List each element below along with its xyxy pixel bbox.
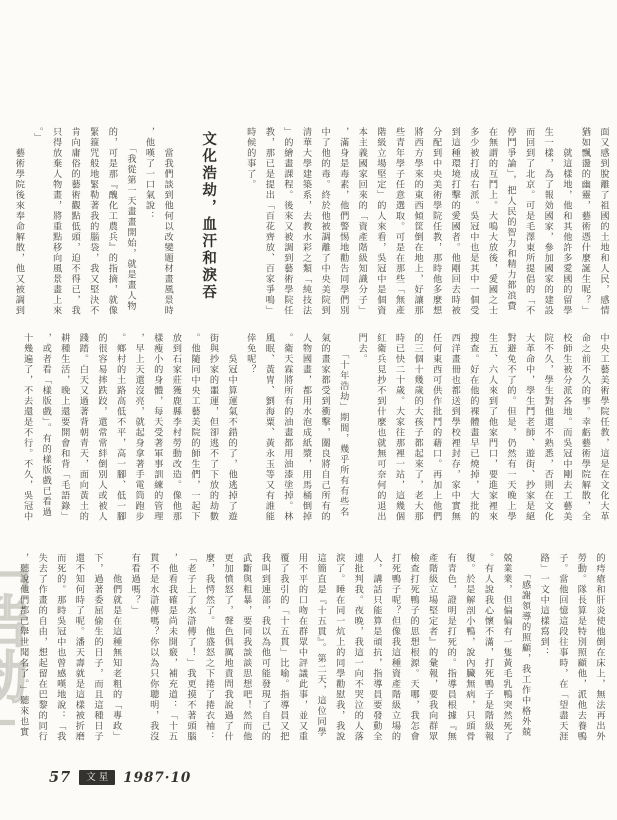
text-column: 。鄉村的土路高低不平，高一腳、低一腳 bbox=[110, 333, 129, 529]
text-column: 「老子上了水滸傳了！」我更摸不著頭腦 bbox=[180, 553, 199, 749]
text-column: 的，可是那『醜化工農兵』的指摘，就像 bbox=[102, 127, 121, 323]
text-column: 只得放棄人物畫，將重點移向風景畫上來 bbox=[46, 127, 65, 323]
text-column: 人物國畫，都用水泡成紙漿，用馬桶倒掉 bbox=[296, 333, 315, 529]
text-column: 將西方學來的東西傾筐倒在地上，好讓那 bbox=[407, 127, 426, 323]
text-column: 在無謂的互鬥上。大鳴大放後，愛國之士 bbox=[482, 127, 501, 323]
text-column: 清華大學建築系，去教水彩之類「純技法 bbox=[296, 127, 315, 323]
text-column: 生一樣，為了報効國家，參加國家的建設 bbox=[538, 127, 557, 323]
page-number: 57 bbox=[49, 769, 71, 786]
text-column: 時候的事了。 bbox=[240, 127, 259, 323]
text-column: 淚了。睡在同一炕上的同學勸慰我，我說 bbox=[329, 553, 348, 749]
text-column: 。衛天霖將所有的油畫都用油漆塗掉。林 bbox=[277, 333, 296, 529]
text-band-3: 的痔瘡和肝炎使他倒在床上，無法再出外勞動。隊長算是特別照顧他，派他去養鴨子。當他… bbox=[13, 553, 608, 751]
text-column: 這簡直是『十五貫』。第二天，這位同學 bbox=[311, 553, 330, 749]
text-column: 到這種環境打擊的愛國者。他剛回去時被 bbox=[445, 127, 464, 323]
magazine-logo: 文星 bbox=[79, 770, 115, 786]
text-column: 有青色，證明是打死的。指導員根據『無 bbox=[441, 553, 460, 749]
text-column: 氣的畫家都受到衝擊，關良將自己所有的 bbox=[315, 333, 334, 529]
text-column: 子。當他回憶這段往事時，在「望盡天涯 bbox=[552, 553, 571, 749]
text-column: 還不知何時了呢。潘天壽就是這樣被折磨 bbox=[69, 553, 88, 749]
text-column: 打死鴨子呢？但像我這種資產階級立場的 bbox=[385, 553, 404, 749]
text-column: 而回到了北京。可是毛澤東所提倡的「不 bbox=[519, 127, 538, 323]
section-heading: 文化浩劫，血汗和淚吞 bbox=[176, 127, 240, 323]
text-column: 中央工藝美術學院任教，這是在文化大革 bbox=[593, 333, 612, 529]
text-column: 勞動。隊長算是特別照顧他，派他去養鴨 bbox=[571, 553, 590, 749]
text-band-1: 面又感到脫離了祖國的土地和人民，感情猶如飄盪的幽靈，藝術憑什麼誕生呢？」 就這樣… bbox=[9, 127, 612, 325]
text-column: ，他嘆了一口氣說： bbox=[139, 127, 158, 323]
text-column: 復。於是解剖小鴨，說內臟無病，只頭骨 bbox=[459, 553, 478, 749]
text-column: 用不平的口吻在群眾中評議此事，並又重 bbox=[292, 553, 311, 749]
text-column: 肯向庸俗的藝術觀點低頭，迫不得已，我 bbox=[65, 127, 84, 323]
text-column: 麼，我愕然了。他盛怒之下捲了捲衣袖： bbox=[199, 553, 218, 749]
text-column: 些青年學子任意選取。可是在那些「無產 bbox=[389, 127, 408, 323]
text-column: 」的繪畫課程。後來又被調到藝術學院任 bbox=[277, 127, 296, 323]
text-column: 多少被打成右派。吳冠中也是其中一個受 bbox=[463, 127, 482, 323]
text-column: 生五、六人來到了他家門口，要進家裡來 bbox=[482, 333, 501, 529]
text-column: 西洋畫冊也都送到學校裡封存，家中實無 bbox=[445, 333, 464, 529]
text-column: 檢查打死鴨子的思想根源。天哪，我怎會 bbox=[403, 553, 422, 749]
text-column: 。他隨同中央工藝美院的師生們，一起下 bbox=[184, 333, 203, 529]
text-column: ，滿身是毒素，他們警惕地勸告同學們別 bbox=[333, 127, 352, 323]
text-column: ，他看我確是尚未開竅，補充道：「十五 bbox=[162, 553, 181, 749]
text-column: 吳冠中算運氣不錯的了，他逃掉了遊 bbox=[222, 333, 241, 529]
text-column: 放到石家莊獲鹿縣李村勞動改造。像他那 bbox=[166, 333, 185, 529]
text-column: 我叫到連部，我以為他可能發現了自己的 bbox=[255, 553, 274, 749]
text-column: 大革命中，學生鬥老師、遊街、抄家是絕 bbox=[519, 333, 538, 529]
text-column: 停鬥爭論」，把人民的智力和精力都浪費 bbox=[500, 127, 519, 323]
issue-date: 1987·10 bbox=[123, 770, 191, 786]
text-column: 院不久，學生對他還不熟悉，否則在文化 bbox=[538, 333, 557, 529]
text-column: 時已快二十歲。大家往那裡一站，這幾個 bbox=[389, 333, 408, 529]
magazine-page: 「浩劫」 面又感到脫離了祖國的土地和人民，感情猶如飄盪的幽靈，藝術憑什麼誕生呢？… bbox=[0, 0, 617, 820]
text-column: 的三個十幾歲的大孩子都起來了，老大那 bbox=[407, 333, 426, 529]
text-column: 緊箍咒般地緊勒著我的腦袋，我又堅決不 bbox=[83, 127, 102, 323]
text-column: 階級立場堅定」的人來看，吳冠中是個資 bbox=[370, 127, 389, 323]
text-column: 門去。 bbox=[352, 333, 371, 529]
text-column: ，或者看「樣版戲」。有的樣版戲已看過 bbox=[36, 333, 55, 529]
text-column: 中了他的毒。終於他被調離了中央美院到 bbox=[315, 127, 334, 323]
text-column: 分配到中央美術學院任教，那時他多麼想 bbox=[426, 127, 445, 323]
text-column: 產階級立場堅定者』的彙報，要我向群眾 bbox=[422, 553, 441, 749]
text-column: 失去了作畫的自由，想起留在巴黎的同行 bbox=[32, 553, 51, 749]
text-column: 更加憤怒了，聲色俱厲地責問我說過了什 bbox=[218, 553, 237, 749]
text-column: 「感謝領導的照顧，我工作中格外兢 bbox=[515, 553, 534, 749]
text-column: 教，那已是提出「百花齊放、百家爭鳴」 bbox=[259, 127, 278, 323]
text-column: 藝術學院後來奉命解散，他又被調到 bbox=[9, 127, 28, 323]
text-column: ，早上天還沒亮，就起身拿著手電筒跑步 bbox=[129, 333, 148, 529]
text-column: 下，過著委屈偷生的日子，而且這種日子 bbox=[87, 553, 106, 749]
text-column: ，聽說他們都已舉世聞名了。」聽來也實 bbox=[13, 553, 32, 749]
text-column: 有看過嗎？」 bbox=[125, 553, 144, 749]
text-column: 人，講話只能算是頑抗，指導員要發動全 bbox=[366, 553, 385, 749]
text-column: 搜查。好在他的裸體畫早已燒掉，大批的 bbox=[463, 333, 482, 529]
text-column: 面又感到脫離了祖國的土地和人民，感情 bbox=[593, 127, 612, 323]
page-footer: 57 文星 1987·10 bbox=[49, 769, 191, 786]
text-column: 校師生被分派各地。而吳冠中剛去工藝美 bbox=[556, 333, 575, 529]
text-column: 猶如飄盪的幽靈，藝術憑什麼誕生呢？」 bbox=[575, 127, 594, 323]
text-column: 踐踏。白天又過著背朝青天，面向黃土的 bbox=[73, 333, 92, 529]
text-column: 路」一文中這樣寫到： bbox=[534, 553, 553, 749]
text-band-2: 中央工藝美術學院任教，這是在文化大革命之前不久的事。幸虧藝術學院解散，全校師生被… bbox=[17, 333, 612, 531]
text-column: 耕種生活，晚上還要開會和背「毛語錄」 bbox=[54, 333, 73, 529]
text-column: 而死的。那時吳冠中也曾感嘆地說：「我 bbox=[50, 553, 69, 749]
text-column: 命之前不久的事。幸虧藝術學院解散，全 bbox=[575, 333, 594, 529]
text-column: 「我從第一天畫畫開始，就是畫人物 bbox=[120, 127, 139, 323]
text-column: 倖免呢？ bbox=[240, 333, 259, 529]
text-column: 當我們談到他何以改變題材畫風景時 bbox=[158, 127, 177, 323]
text-column: 就這樣地，他和其他許多愛國的留學 bbox=[556, 127, 575, 323]
text-column: 街與抄家的噩運，但卻逃不了下放的劫數 bbox=[203, 333, 222, 529]
text-column: 紅衛兵見抄不到什麼也就無可奈何的退出 bbox=[370, 333, 389, 529]
text-column: 任何東西可供作批鬥的藉口。再加上他們 bbox=[426, 333, 445, 529]
text-column: 貫不是水滸傳嗎？你以為只你聰明，我沒 bbox=[143, 553, 162, 749]
text-column: 「十年浩劫」期間，幾乎所有有些名 bbox=[333, 333, 352, 529]
text-column: 。」 bbox=[27, 127, 46, 323]
text-column: 風眠、黃冑、劉海粟、黃永玉等又有誰能 bbox=[259, 333, 278, 529]
text-column: 的痔瘡和肝炎使他倒在床上，無法再出外 bbox=[589, 553, 608, 749]
text-column: 的很容易摔跌跤，還常常絆倒別人或被人 bbox=[91, 333, 110, 529]
text-column: 十幾遍了，不去還是不行。不久，吳冠中 bbox=[17, 333, 36, 529]
text-column: 他們就是在這種無知老粗的「專政」 bbox=[106, 553, 125, 749]
text-column: 。有人說我心懷不滿，打死鴨子是階級報 bbox=[478, 553, 497, 749]
text-column: 武斷與粗暴，要同我談談思想吧！然而他 bbox=[236, 553, 255, 749]
text-column: 對避免不了的。但是，仍然有一天晚上學 bbox=[500, 333, 519, 529]
text-column: 連批判我。夜晚，我這一向不哭泣的人落 bbox=[348, 553, 367, 749]
text-column: 兢業業，但偏偏有一隻黃毛乳鴨突然死了 bbox=[496, 553, 515, 749]
text-column: 樣瘦小的身體，每天受著軍事訓練的管理 bbox=[147, 333, 166, 529]
text-column: 覆了我引的「十五貫」比喻。指導員又把 bbox=[273, 553, 292, 749]
text-column: 本主義國家回來的「資產階級知識分子」 bbox=[352, 127, 371, 323]
